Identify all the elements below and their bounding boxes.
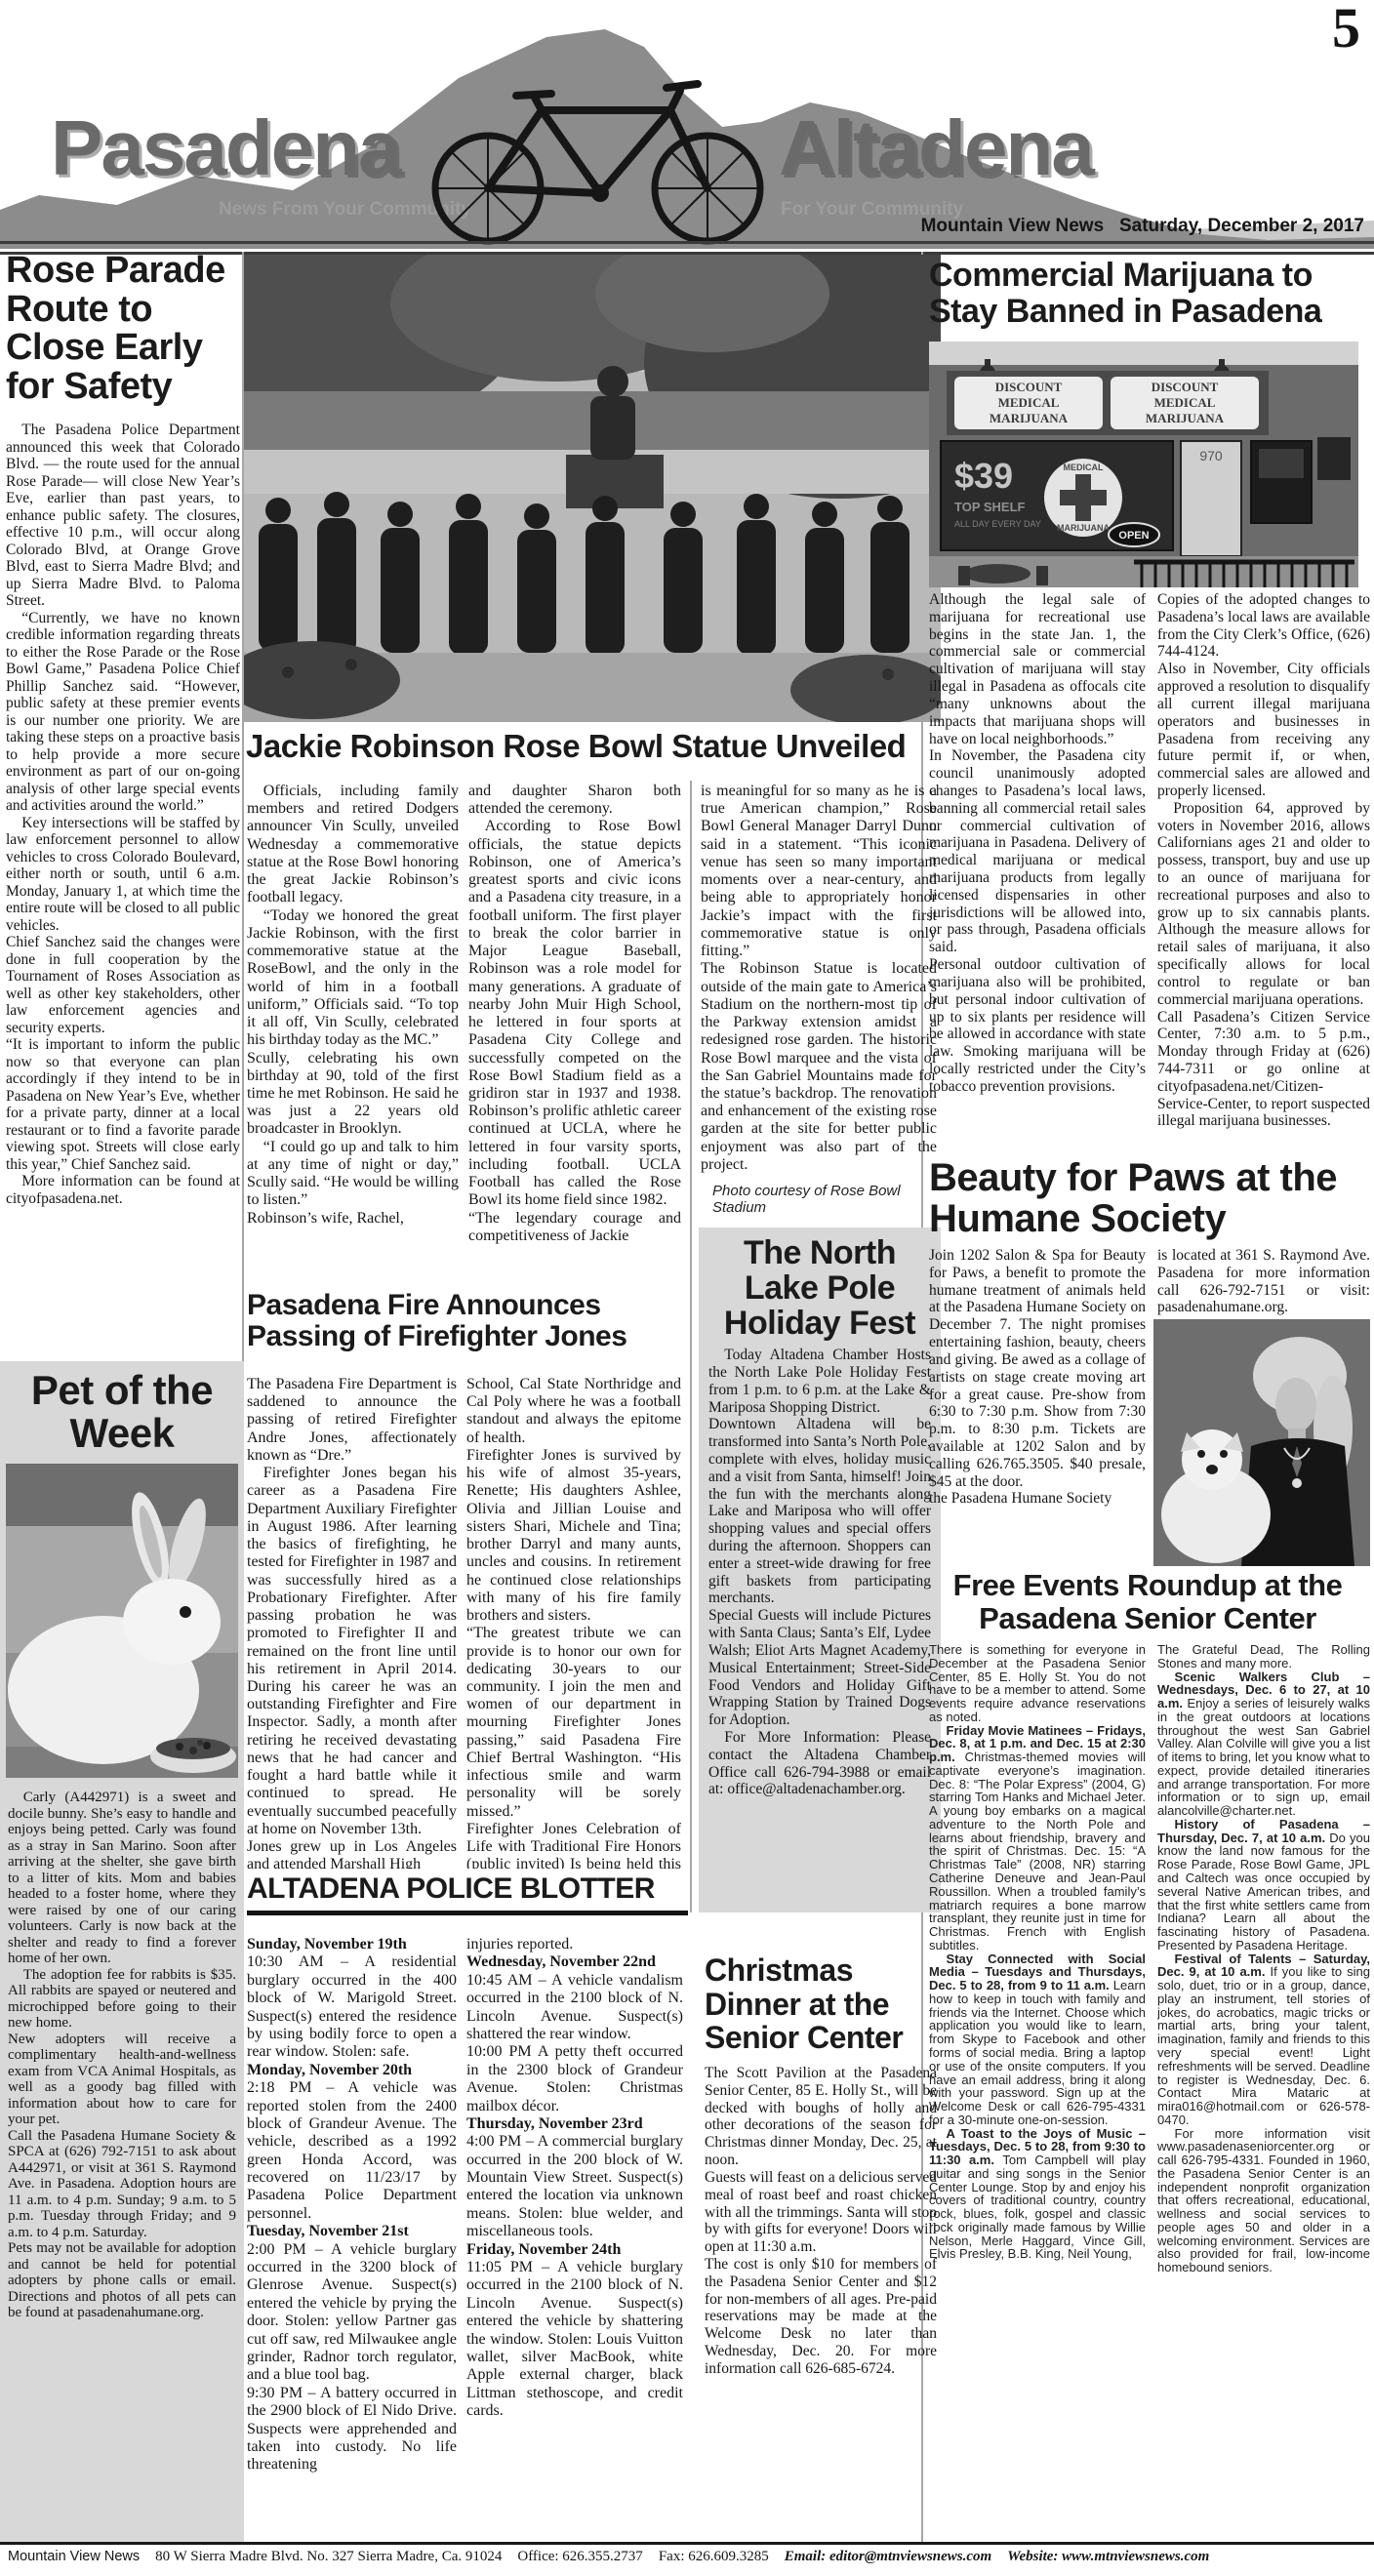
pet-of-week-headline: Pet of the Week — [0, 1369, 244, 1454]
page-number: 5 — [1332, 0, 1360, 57]
paragraph: Chief Sanchez said the changes were done… — [6, 934, 240, 1036]
paragraph: 4:00 PM – A commercial burglary occurred… — [466, 2133, 683, 2240]
paragraph: is meaningful for so many as he is a tru… — [701, 783, 937, 960]
beauty-paws-col1: Join 1202 Salon & Spa for Beauty for Paw… — [929, 1247, 1146, 1567]
pet-photo — [6, 1464, 238, 1778]
masthead-title-altadena: Altadena — [779, 109, 1093, 187]
paragraph: Scenic Walkers Club – Wednesdays, Dec. 6… — [1157, 1670, 1370, 1818]
edition-line: Mountain View News Saturday, December 2,… — [921, 216, 1364, 237]
store-sign2-line1: DISCOUNT — [1152, 380, 1219, 394]
paragraph: Firefighter Jones began his career as a … — [247, 1465, 457, 1838]
footer: Mountain View News 80 W Sierra Madre Blv… — [8, 2549, 1366, 2565]
store-sign-line1: DISCOUNT — [995, 380, 1063, 394]
marijuana-headline: Commercial Marijuana to Stay Banned in P… — [929, 258, 1368, 331]
store-price-text: $39 — [954, 456, 1013, 496]
rose-parade-headline: Rose Parade Route to Close Early for Saf… — [6, 252, 240, 406]
paragraph: 2:18 PM – A vehicle was reported stolen … — [247, 2079, 457, 2223]
store-logo-top-text: MEDICAL — [1064, 463, 1104, 472]
paragraph: Festival of Talents – Saturday, Dec. 9, … — [1157, 1952, 1370, 2127]
paragraph: Call Pasadena’s Citizen Service Center, … — [1157, 1009, 1370, 1131]
paragraph: Carly (A442971) is a sweet and docile bu… — [8, 1790, 236, 1967]
paragraph: 11:05 PM – A vehicle burglary occurred i… — [466, 2259, 683, 2421]
paragraph: Sunday, November 19th — [247, 1936, 457, 1953]
paragraph: “I could go up and talk to him at any ti… — [247, 1139, 459, 1210]
pet-of-week-box: Pet of the Week Carly (A442971) is a swe… — [0, 1361, 244, 2545]
jackie-robinson-photo — [244, 255, 941, 722]
footer-address: 80 W Sierra Madre Blvd. No. 327 Sierra M… — [155, 2549, 502, 2565]
jackie-col3: is meaningful for so many as he is a tru… — [701, 783, 937, 1173]
paragraph: The Robinson Statue is located outside o… — [701, 960, 937, 1173]
paragraph: History of Pasadena – Thursday, Dec. 7, … — [1157, 1818, 1370, 1952]
paragraph: “It is important to inform the public no… — [6, 1036, 240, 1173]
beauty-paws-photo — [1153, 1319, 1370, 1566]
store-logo-bottom-text: MARIJUANA — [1057, 523, 1111, 533]
footer-fax: Fax: 626.609.3285 — [659, 2549, 769, 2565]
beauty-paws-col2: is located at 361 S. Raymond Ave. Pasade… — [1157, 1247, 1370, 1315]
paragraph: and daughter Sharon both attended the ce… — [468, 783, 681, 818]
north-lake-box: The North Lake Pole Holiday Fest Today A… — [699, 1228, 941, 1912]
paragraph: Key intersections will be staffed by law… — [6, 815, 240, 935]
paragraph: Scully, celebrating his own birthday at … — [247, 1050, 459, 1139]
store-open-sign: OPEN — [1118, 530, 1149, 542]
marijuana-store-photo: DISCOUNT MEDICAL MARIJUANA DISCOUNT MEDI… — [929, 342, 1358, 587]
beauty-paws-headline: Beauty for Paws at the Humane Society — [929, 1157, 1368, 1239]
fire-col1: The Pasadena Fire Department is saddened… — [247, 1376, 457, 1869]
paragraph: Officials, including family members and … — [247, 783, 459, 907]
paragraph: 9:30 PM – A battery occurred in the 2900… — [247, 2385, 457, 2475]
footer-rule — [0, 2542, 1374, 2545]
paragraph: Proposition 64, approved by voters in No… — [1157, 800, 1370, 1009]
jackie-col2: and daughter Sharon both attended the ce… — [468, 783, 681, 1288]
paragraph: The cost is only $10 for members of the … — [705, 2256, 937, 2378]
paragraph: Thursday, November 23rd — [466, 2115, 683, 2133]
paragraph: Stay Connected with Social Media – Tuesd… — [929, 1952, 1146, 2127]
blotter-headline: ALTADENA POLICE BLOTTER — [247, 1873, 688, 1904]
paragraph: Special Guests will include Pictures wit… — [708, 1607, 931, 1729]
paragraph: For More Information: Please contact the… — [708, 1729, 931, 1798]
paragraph: Also in November, City officials approve… — [1157, 661, 1370, 800]
footer-website: Website: www.mtnviewsnews.com — [1007, 2549, 1209, 2565]
store-sign2-line3: MARIJUANA — [1146, 411, 1225, 425]
paragraph: In November, the Pasadena city council u… — [929, 747, 1146, 956]
marijuana-col2: Copies of the adopted changes to Pasaden… — [1157, 591, 1370, 1151]
free-events-col1: There is something for everyone in Decem… — [929, 1643, 1146, 2539]
paragraph: Jones grew up in Los Angeles and attende… — [247, 1838, 457, 1869]
paragraph: Friday Movie Matinees – Fridays, Dec. 8,… — [929, 1724, 1146, 1952]
paragraph: Personal outdoor cultivation of marijuan… — [929, 956, 1146, 1096]
paragraph: Pets may not be available for adoption a… — [8, 2240, 236, 2321]
paragraph: “The greatest tribute we can provide is … — [466, 1625, 681, 1821]
paragraph: The adoption fee for rabbits is $35. All… — [8, 1967, 236, 2032]
paragraph: Today Altadena Chamber Hosts the North L… — [708, 1347, 931, 1416]
paragraph: More information can be found at cityofp… — [6, 1173, 240, 1207]
north-lake-headline: The North Lake Pole Holiday Fest — [705, 1235, 935, 1341]
jackie-photo-caption: Photo courtesy of Rose Bowl Stadium — [712, 1183, 922, 1217]
store-sub-text: ALL DAY EVERY DAY — [954, 519, 1041, 529]
store-sign2-line2: MEDICAL — [1154, 395, 1216, 410]
paragraph: Although the legal sale of marijuana for… — [929, 591, 1146, 747]
blotter-col2: injuries reported.Wednesday, November 22… — [466, 1936, 683, 2541]
paragraph: Robinson’s wife, Rachel, — [247, 1210, 459, 1228]
store-sign-line2: MEDICAL — [998, 395, 1060, 410]
paragraph: Downtown Altadena will be transformed in… — [708, 1416, 931, 1607]
store-sign-line3: MARIJUANA — [990, 411, 1069, 425]
paragraph: 10:00 PM A petty theft occurred in the 2… — [466, 2043, 683, 2115]
paragraph: The Grateful Dead, The Rolling Stones an… — [1157, 1643, 1370, 1670]
paragraph: According to Rose Bowl officials, the st… — [468, 818, 681, 1209]
masthead-title-pasadena: Pasadena — [51, 109, 400, 187]
paragraph: 2:00 PM – A vehicle burglary occurred in… — [247, 2241, 457, 2385]
paragraph: “The legendary courage and competitivene… — [468, 1210, 681, 1245]
paragraph: The Scott Pavilion at the Pasadena Senio… — [705, 2065, 937, 2169]
fire-headline: Pasadena Fire Announces Passing of Firef… — [247, 1290, 686, 1353]
paragraph: Wednesday, November 22nd — [466, 1953, 683, 1971]
paragraph: Tuesday, November 21st — [247, 2223, 457, 2240]
north-lake-body: Today Altadena Chamber Hosts the North L… — [708, 1347, 931, 1893]
footer-office: Office: 626.355.2737 — [517, 2549, 642, 2565]
paragraph: A Toast to the Joys of Music – Tuesdays,… — [929, 2127, 1146, 2262]
paragraph: 10:45 AM – A vehicle vandalism occurred … — [466, 1972, 683, 2044]
paragraph: injuries reported. — [466, 1936, 683, 1953]
paragraph: Monday, November 20th — [247, 2062, 457, 2079]
free-events-col2: The Grateful Dead, The Rolling Stones an… — [1157, 1643, 1370, 2539]
newspaper-page: Pasadena News From Your Community Altade… — [0, 0, 1374, 2576]
footer-email: Email: editor@mtnviewsnews.com — [785, 2549, 991, 2565]
marijuana-col1: Although the legal sale of marijuana for… — [929, 591, 1146, 1151]
paragraph: is located at 361 S. Raymond Ave. Pasade… — [1157, 1247, 1370, 1315]
edition-paper-name: Mountain View News — [921, 216, 1105, 236]
paragraph: Guests will feast on a delicious served … — [705, 2169, 937, 2256]
fire-col2: School, Cal State Northridge and Cal Pol… — [466, 1376, 681, 1869]
store-shelf-text: TOP SHELF — [954, 500, 1026, 514]
paragraph: Copies of the adopted changes to Pasaden… — [1157, 591, 1370, 661]
paragraph: Friday, November 24th — [466, 2241, 683, 2259]
paragraph: Call the Pasadena Humane Society & SPCA … — [8, 2128, 236, 2241]
blotter-col1: Sunday, November 19th10:30 AM – A reside… — [247, 1936, 457, 2541]
paragraph: School, Cal State Northridge and Cal Pol… — [466, 1376, 681, 1447]
paragraph: Firefighter Jones Celebration of Life wi… — [466, 1821, 681, 1869]
blotter-header: ALTADENA POLICE BLOTTER — [247, 1873, 688, 1915]
paragraph: the Pasadena Humane Society — [929, 1490, 1146, 1508]
article-rose-parade: Rose Parade Route to Close Early for Saf… — [6, 252, 240, 406]
paragraph: The Pasadena Police Department announced… — [6, 422, 240, 610]
rose-parade-body: The Pasadena Police Department announced… — [6, 422, 240, 1356]
pet-of-week-body: Carly (A442971) is a sweet and docile bu… — [8, 1790, 236, 2512]
jackie-headline: Jackie Robinson Rose Bowl Statue Unveile… — [246, 730, 943, 763]
paragraph: The Pasadena Fire Department is saddened… — [247, 1376, 457, 1465]
christmas-dinner-body: The Scott Pavilion at the Pasadena Senio… — [705, 2065, 937, 2539]
column-rule-middle — [690, 781, 692, 1912]
christmas-dinner-headline: Christmas Dinner at the Senior Center — [705, 1953, 939, 2055]
paragraph: There is something for everyone in Decem… — [929, 1643, 1146, 1724]
paragraph: New adopters will receive a complimentar… — [8, 2032, 236, 2128]
paragraph: “Currently, we have no known credible in… — [6, 610, 240, 815]
free-events-headline: Free Events Roundup at the Pasadena Seni… — [925, 1569, 1370, 1635]
edition-date: Saturday, December 2, 2017 — [1119, 216, 1364, 236]
bicycle-icon — [415, 57, 790, 247]
paragraph: For more information visit www.pasadenas… — [1157, 2127, 1370, 2274]
masthead: Pasadena News From Your Community Altade… — [0, 0, 1374, 249]
store-door-number: 970 — [1199, 448, 1223, 463]
paragraph: “Today we honored the great Jackie Robin… — [247, 907, 459, 1050]
paragraph: Join 1202 Salon & Spa for Beauty for Paw… — [929, 1247, 1146, 1490]
paragraph: 10:30 AM – A residential burglary occurr… — [247, 1953, 457, 2061]
paragraph: Firefighter Jones is survived by his wif… — [466, 1447, 681, 1625]
jackie-col1: Officials, including family members and … — [247, 783, 459, 1288]
footer-paper-name: Mountain View News — [8, 2549, 140, 2564]
